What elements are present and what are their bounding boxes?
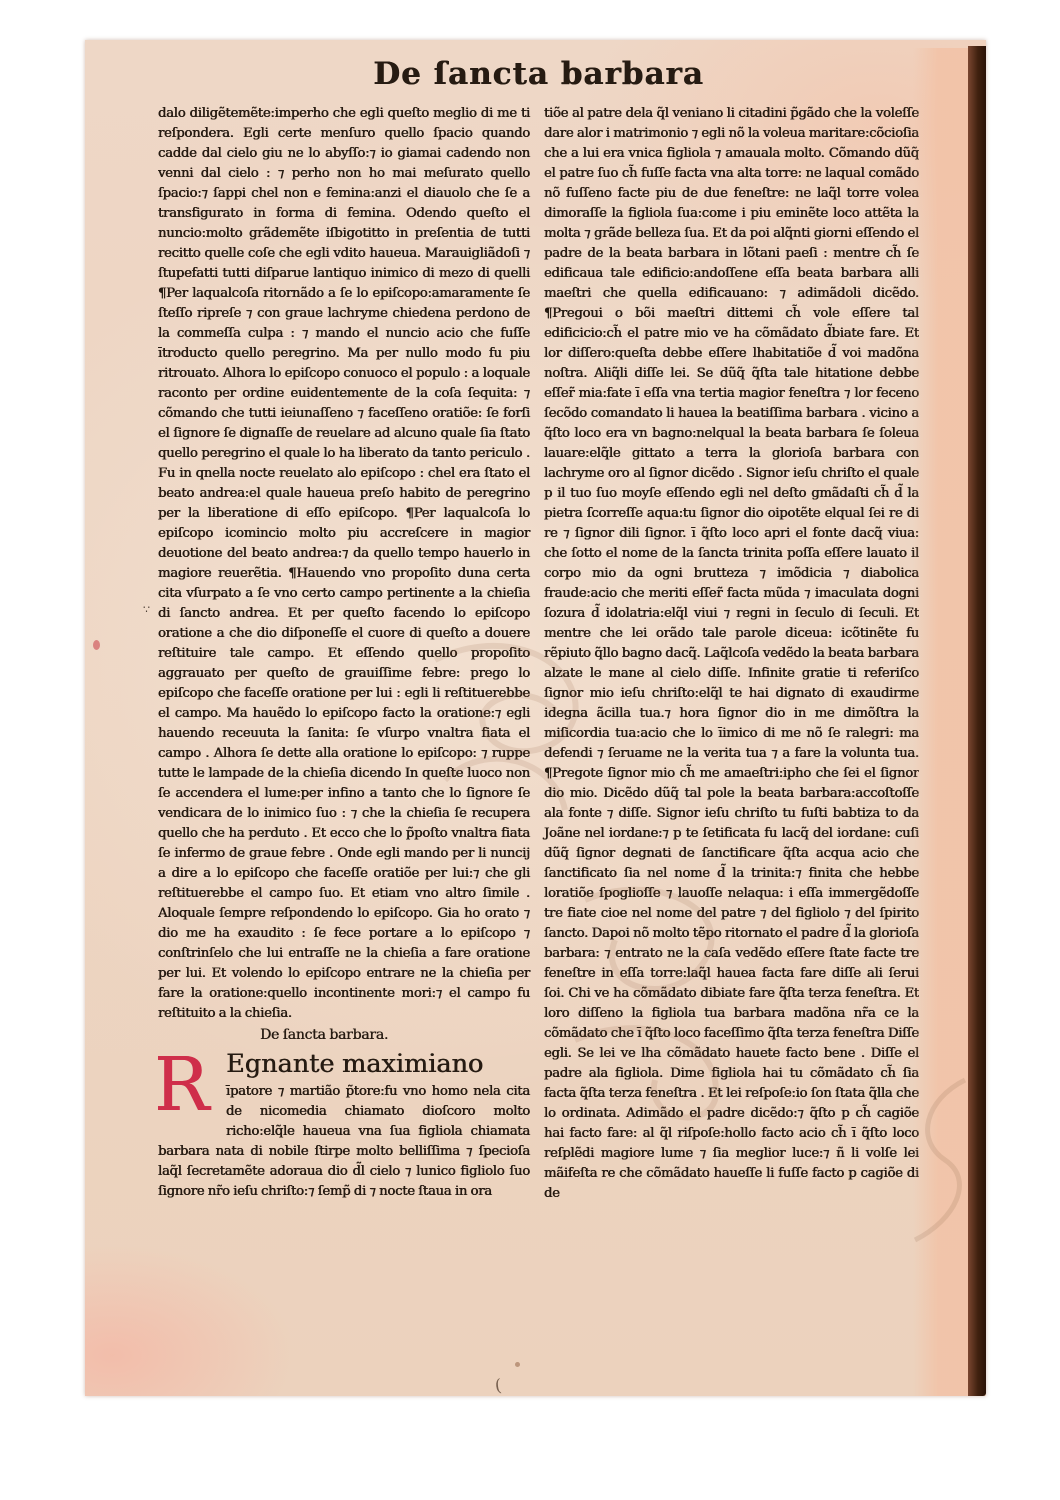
- bottom-pen-mark: (: [494, 1376, 503, 1397]
- marginal-annotation-mark: ∵: [143, 603, 148, 616]
- incipit-section: R Egnante maximiano īpatore ⁊ martião p̃…: [158, 1046, 530, 1202]
- right-column: tiõe al patre dela q̃l veniano li citadi…: [544, 104, 919, 1309]
- rubricated-initial: R: [158, 1050, 218, 1128]
- stain-speck: [515, 1362, 520, 1367]
- page-edge-pink-strip: [913, 48, 969, 1396]
- scanned-book-page: De ſancta barbara dalo diligẽtemẽte:impe…: [85, 40, 986, 1396]
- left-column: dalo diligẽtemẽte:imperho che egli queſt…: [158, 104, 530, 1309]
- red-ink-speck: [93, 640, 100, 650]
- page-title: De ſancta barbara: [158, 56, 919, 92]
- right-column-text: tiõe al patre dela q̃l veniano li citadi…: [544, 106, 919, 1201]
- book-edge-shadow: [968, 46, 986, 1396]
- left-column-text: dalo diligẽtemẽte:imperho che egli queſt…: [158, 106, 530, 1021]
- text-columns: dalo diligẽtemẽte:imperho che egli queſt…: [158, 104, 919, 1309]
- screenshot-root: { "colors":{ "paper":"#eed7c6","paper2":…: [0, 0, 1060, 1500]
